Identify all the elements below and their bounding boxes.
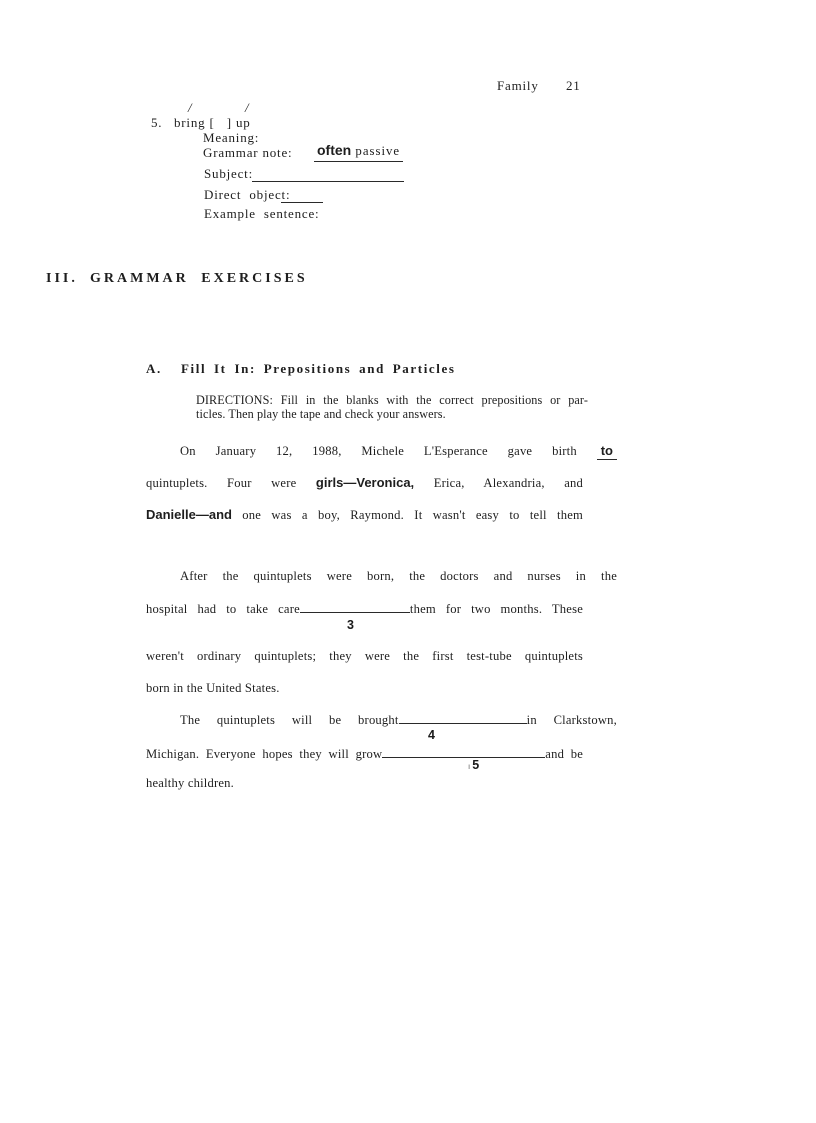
- example-sentence-label: Example sentence:: [204, 206, 319, 222]
- p3-l1-text-b: in Clarkstown,: [527, 713, 617, 727]
- paragraph-2-line-1: After the quintuplets were born, the doc…: [146, 568, 617, 585]
- paragraph-2-line-3: weren't ordinary quintuplets; they were …: [146, 648, 583, 665]
- meaning-label: Meaning:: [203, 130, 259, 146]
- directions-line-1: DIRECTIONS: Fill in the blanks with the …: [196, 393, 588, 408]
- grammar-note-answer: often passive: [314, 143, 403, 162]
- subject-blank-line: [252, 181, 404, 182]
- paragraph-3-line-2: Michigan. Everyone hopes they will growa…: [146, 744, 583, 763]
- paragraph-1-line-1: On January 12, 1988, Michele L'Esperance…: [146, 442, 617, 460]
- direct-object-label: Direct object:: [204, 187, 290, 203]
- p2-l2-text-b: them for two months. These: [410, 602, 583, 616]
- item-number: 5.: [151, 115, 162, 131]
- subject-label: Subject:: [204, 166, 253, 182]
- blank-number-5-digit: 5: [472, 758, 479, 772]
- answer-blank-1-filled: to: [597, 443, 617, 460]
- p1-l1-text: On January 12, 1988, Michele L'Esperance…: [180, 444, 577, 458]
- p2-l3-text: weren't ordinary quintuplets; they were …: [146, 649, 583, 663]
- grammar-note-answer-passive: passive: [351, 144, 400, 158]
- paragraph-1-line-3: Danielle—and one was a boy, Raymond. It …: [146, 506, 583, 524]
- page-number: 21: [566, 78, 581, 94]
- stress-mark-2: /: [245, 100, 249, 116]
- exercise-title: Fill It In: Prepositions and Particles: [181, 361, 456, 377]
- document-page: Family 21 / / 5. bring [ ] up Meaning: G…: [0, 0, 816, 1123]
- answer-blank-2-filled-a: girls—Veronica,: [316, 475, 414, 490]
- exercise-letter: A.: [146, 361, 162, 377]
- stray-mark: ı: [468, 762, 470, 771]
- direct-object-blank-line: [281, 202, 323, 203]
- directions-line-2: ticles. Then play the tape and check you…: [196, 407, 588, 422]
- blank-number-5: ı5: [468, 758, 479, 774]
- p3-l2-text-a: Michigan. Everyone hopes they will grow: [146, 747, 382, 761]
- p1-l2-text-b: Erica, Alexandria, and: [434, 476, 583, 490]
- section-title: GRAMMAR EXERCISES: [90, 271, 308, 287]
- stress-mark-1: /: [188, 100, 192, 116]
- paragraph-3-line-3: healthy children.: [146, 775, 583, 792]
- vocab-term: bring [ ] up: [174, 115, 251, 131]
- grammar-note-answer-often: often: [317, 142, 351, 158]
- section-numeral: III.: [46, 271, 78, 287]
- p3-l2-text-b: and be: [545, 747, 583, 761]
- paragraph-2-line-4: born in the United States.: [146, 680, 583, 697]
- grammar-note-label: Grammar note:: [203, 145, 292, 161]
- chapter-title: Family: [497, 78, 539, 94]
- p3-l1-text-a: The quintuplets will be brought: [180, 713, 399, 727]
- p1-l2-text-a: quintuplets. Four were: [146, 476, 296, 490]
- p3-l3-text: healthy children.: [146, 776, 234, 790]
- paragraph-1-line-2: quintuplets. Four were girls—Veronica, E…: [146, 474, 583, 492]
- paragraph-2-line-2: hospital had to take carethem for two mo…: [146, 599, 583, 618]
- fill-in-blank-5: [382, 744, 545, 758]
- answer-blank-2-filled-b: Danielle—and: [146, 507, 232, 522]
- p2-l1-text: After the quintuplets were born, the doc…: [180, 569, 617, 583]
- p1-l3-text: one was a boy, Raymond. It wasn't easy t…: [242, 508, 583, 522]
- fill-in-blank-3: [300, 599, 410, 613]
- p2-l2-text-a: hospital had to take care: [146, 602, 300, 616]
- blank-number-4: 4: [428, 728, 435, 742]
- p2-l4-text: born in the United States.: [146, 681, 280, 695]
- paragraph-3-line-1: The quintuplets will be broughtin Clarks…: [146, 710, 617, 729]
- blank-number-3: 3: [347, 618, 354, 632]
- fill-in-blank-4: [399, 710, 527, 724]
